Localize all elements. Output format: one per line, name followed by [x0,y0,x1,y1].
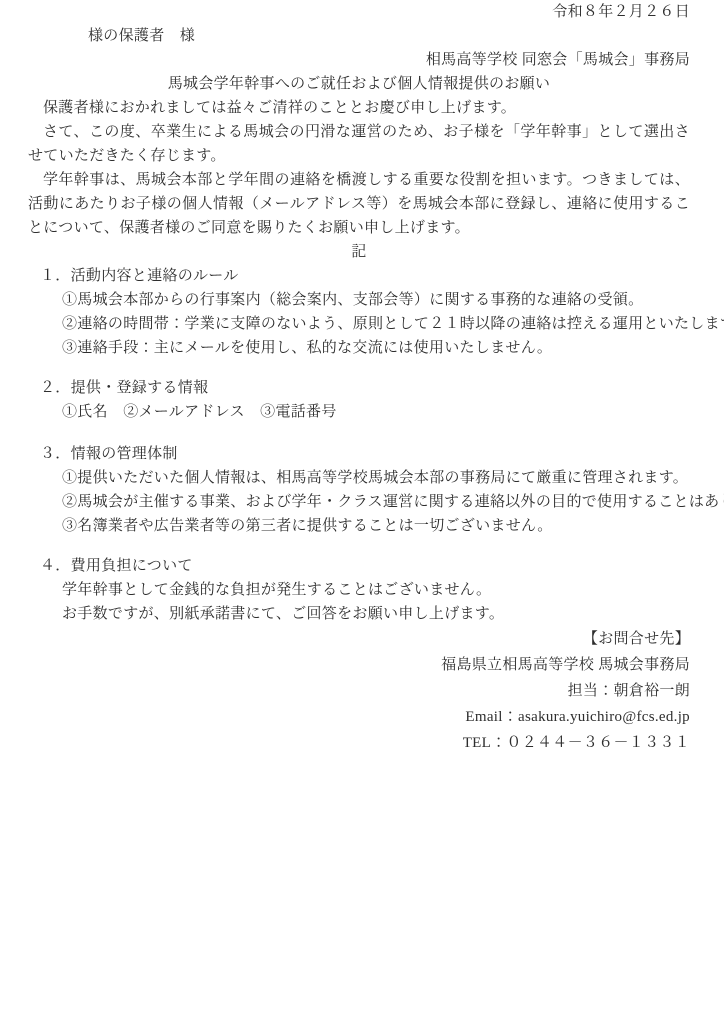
section-item: ①氏名 ②メールアドレス ③電話番号 [28,400,690,424]
section-item: ①提供いただいた個人情報は、相馬高等学校馬城会本部の事務局にて厳重に管理されます… [28,466,690,490]
section-activity-rules: １．活動内容と連絡のルール ①馬城会本部からの行事案内（総会案内、支部会等）に関… [28,264,690,360]
section-cost-burden: ４．費用負担について 学年幹事として金銭的な負担が発生することはございません。 … [28,554,690,626]
sender-line: 相馬高等学校 同窓会「馬城会」事務局 [28,48,690,72]
contact-email: Email：asakura.yuichiro@fcs.ed.jp [28,704,690,730]
section-item: ③名簿業者や広告業者等の第三者に提供することは一切ございません。 [28,514,690,538]
contact-tel: TEL：０２４４－３６－１３３１ [28,730,690,756]
contact-heading: 【お問合せ先】 [28,626,690,652]
section-item: 学年幹事として金銭的な負担が発生することはございません。 [28,578,690,602]
contact-block: 【お問合せ先】 福島県立相馬高等学校 馬城会事務局 担当：朝倉裕一朗 Email… [28,626,690,756]
paragraph-consent-request: 学年幹事は、馬城会本部と学年間の連絡を橋渡しする重要な役割を担います。つきまして… [28,168,690,240]
paragraph-greeting: 保護者様におかれましては益々ご清祥のこととお慶び申し上げます。 [28,96,690,120]
document-title: 馬城会学年幹事へのご就任および個人情報提供のお願い [28,72,690,96]
body-paragraphs: 保護者様におかれましては益々ご清祥のこととお慶び申し上げます。 さて、この度、卒… [28,96,690,240]
paragraph-selection-notice: さて、この度、卒業生による馬城会の円滑な運営のため、お子様を「学年幹事」として選… [28,120,690,168]
section-info-management: ３．情報の管理体制 ①提供いただいた個人情報は、相馬高等学校馬城会本部の事務局に… [28,442,690,538]
section-item: ②連絡の時間帯：学業に支障のないよう、原則として２１時以降の連絡は控える運用とい… [28,312,690,336]
document-page: 令和８年２月２６日 様の保護者 様 相馬高等学校 同窓会「馬城会」事務局 馬城会… [0,0,724,1024]
record-marker: 記 [28,240,690,264]
contact-person: 担当：朝倉裕一朗 [28,678,690,704]
section-heading: ２．提供・登録する情報 [28,376,690,400]
section-item: ①馬城会本部からの行事案内（総会案内、支部会等）に関する事務的な連絡の受領。 [28,288,690,312]
contact-organization: 福島県立相馬高等学校 馬城会事務局 [28,652,690,678]
date-line: 令和８年２月２６日 [28,0,690,24]
addressee-line: 様の保護者 様 [28,24,690,48]
section-provided-info: ２．提供・登録する情報 ①氏名 ②メールアドレス ③電話番号 [28,376,690,424]
section-heading: １．活動内容と連絡のルール [28,264,690,288]
section-item: お手数ですが、別紙承諾書にて、ご回答をお願い申し上げます。 [28,602,690,626]
section-item: ②馬城会が主催する事業、および学年・クラス運営に関する連絡以外の目的で使用するこ… [28,490,690,514]
section-item: ③連絡手段：主にメールを使用し、私的な交流には使用いたしません。 [28,336,690,360]
section-heading: ４．費用負担について [28,554,690,578]
section-heading: ３．情報の管理体制 [28,442,690,466]
